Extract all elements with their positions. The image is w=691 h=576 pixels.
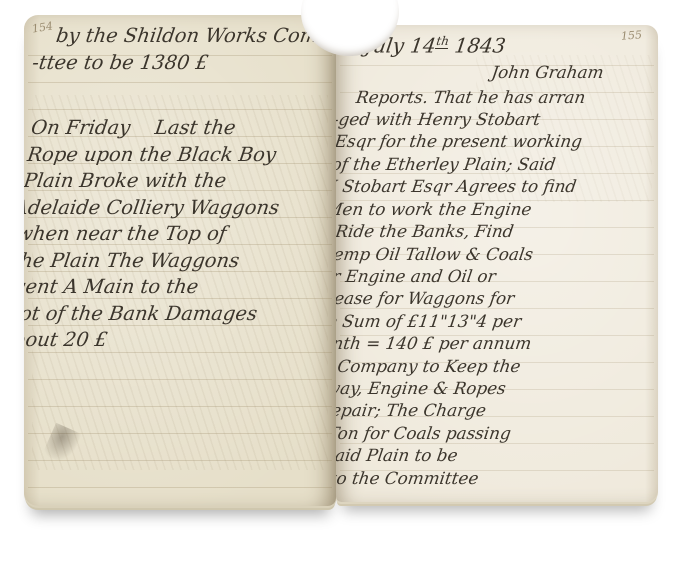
manuscript-line: Left to the Committee: [336, 467, 594, 489]
attribution-signature: John Graham: [490, 60, 652, 85]
manuscript-line: foot of the Bank Damages: [24, 301, 293, 328]
manuscript-line: the Plain The Waggons: [24, 248, 300, 275]
ink-smudge: [42, 423, 81, 465]
manuscript-line: went A Main to the: [24, 274, 297, 301]
manuscript-line: in Repair; The Charge: [336, 399, 604, 421]
manuscript-line: The Company to Keep the: [336, 355, 610, 377]
left-page: 154 by the Shildon Works Commi -ttee to …: [24, 15, 336, 506]
manuscript-line: Rope upon the Black Boy: [26, 142, 316, 169]
right-page: 155 July 14th 1843 John Graham Reports. …: [336, 25, 658, 502]
left-page-text: by the Shildon Works Commi -ttee to be 1…: [24, 23, 332, 354]
manuscript-line: when near the Top of: [24, 221, 304, 248]
manuscript-line: the Sum of £11"13"4 per: [336, 310, 616, 332]
date-year: 1843: [447, 34, 508, 58]
manuscript-line: & Ride the Banks, Find: [336, 220, 629, 242]
manuscript-line: -ged with Henry Stobart: [336, 108, 645, 130]
manuscript-line: Hemp Oil Tallow & Coals: [336, 243, 626, 265]
manuscript-line: month = 140 £ per annum: [336, 332, 613, 354]
manuscript-line: H Stobart Esqr Agrees to find: [336, 175, 635, 197]
manuscript-line: Esqr for the present working: [336, 130, 641, 152]
manuscript-line: Reports. That he has arran: [355, 86, 648, 108]
manuscript-line: Grease for Waggons for: [336, 287, 619, 309]
manuscript-line: by the Shildon Works Commi: [54, 23, 332, 50]
right-page-paragraph: Reports. That he has arran -ged with Hen…: [336, 86, 648, 489]
manuscript-line: Plain Broke with the: [24, 168, 312, 195]
manuscript-line: per Ton for Coals passing: [336, 422, 601, 444]
manuscript-line: On Friday Last the: [29, 115, 319, 142]
manuscript-line: of the Etherley Plain; Said: [336, 153, 638, 175]
manuscript-line: Railway, Engine & Ropes: [336, 377, 607, 399]
manuscript-line: about 20 £: [24, 327, 289, 354]
date-heading: July 14th 1843: [363, 27, 656, 60]
manuscript-line: the Said Plain to be: [336, 444, 597, 466]
right-page-text: July 14th 1843 John Graham Reports. That…: [336, 27, 656, 489]
left-page-paragraph: On Friday Last the Rope upon the Black B…: [24, 115, 319, 354]
manuscript-line: Men to work the Engine: [336, 198, 632, 220]
manuscript-line: -ttee to be 1380 £: [31, 50, 329, 77]
manuscript-line: for Engine and Oil or: [336, 265, 623, 287]
manuscript-line: Adelaide Colliery Waggons: [24, 195, 308, 222]
photograph-background: 154 by the Shildon Works Commi -ttee to …: [0, 0, 691, 576]
